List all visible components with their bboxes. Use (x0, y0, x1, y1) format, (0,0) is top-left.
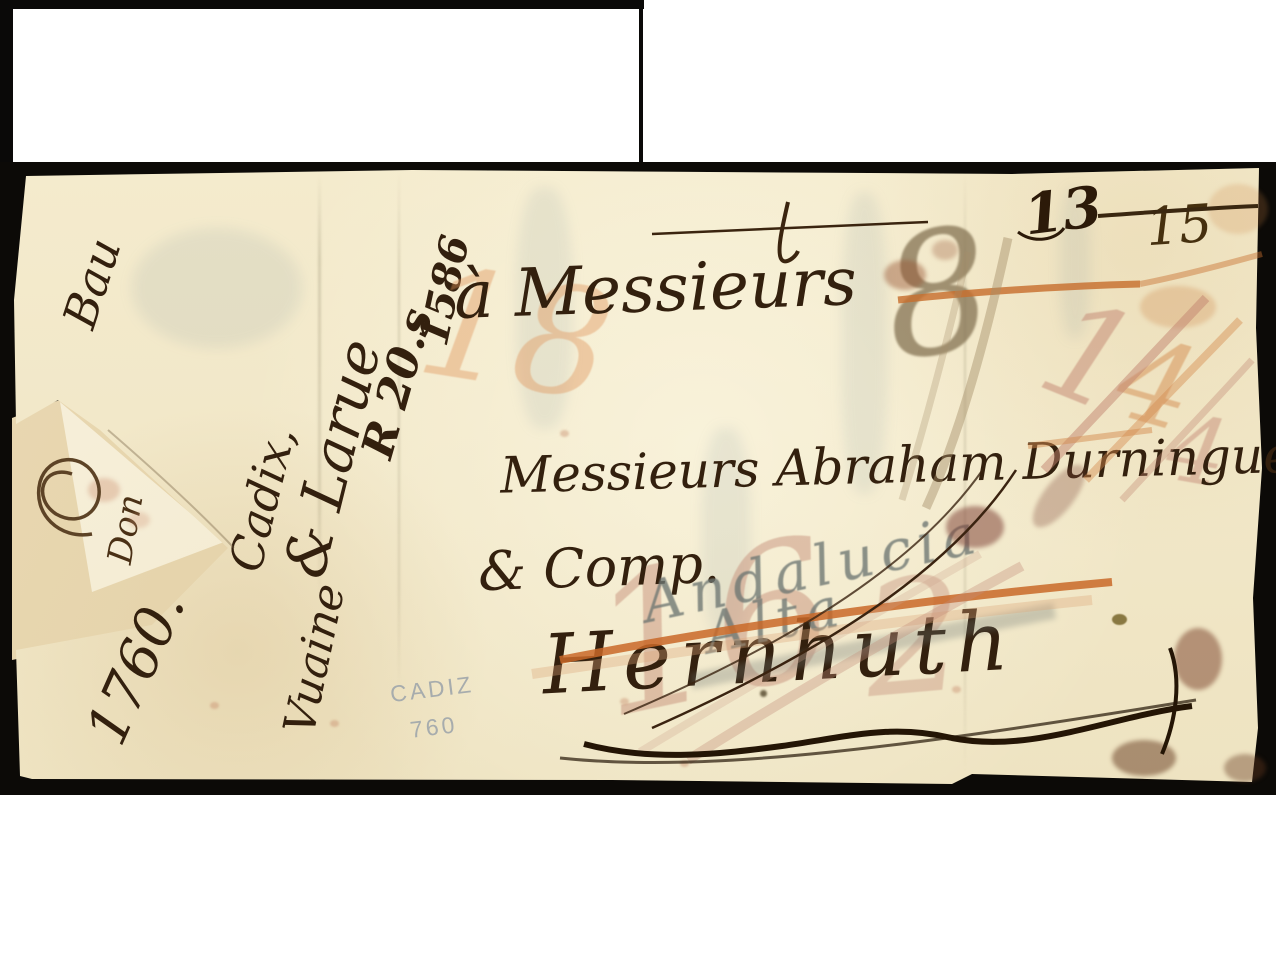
chalk-diagonal-dest-1 (688, 566, 1022, 760)
photo-of-1760-cadiz-letter: Bau Don Cadix, & Larue R 20.s 1586 1760.… (0, 0, 1276, 956)
rate-8-strike-orange (898, 284, 1140, 300)
faded-stroke-2 (902, 252, 968, 500)
rate-13-flourish (1018, 228, 1064, 239)
tally-t-stroke (780, 202, 798, 261)
ink-stroke-overlay (12, 168, 1264, 788)
crayon-line-through-comp (560, 582, 1112, 660)
chalk-horizontal (1028, 430, 1152, 446)
crayon-line-echo (532, 600, 1092, 674)
trailing-f-stroke (1162, 648, 1176, 754)
rate-15-strike (1098, 206, 1258, 216)
rate-8-strike-orange-tail (1140, 254, 1262, 284)
scan-artifact-left-strip (0, 0, 13, 163)
scan-artifact-vertical-line (639, 0, 643, 163)
scan-artifact-top-strip (0, 0, 644, 9)
letter-paper-group: Bau Don Cadix, & Larue R 20.s 1586 1760.… (12, 168, 1264, 788)
flap-fold-line (108, 430, 234, 548)
flap-spiral-mark (39, 460, 100, 535)
tally-bar-stroke (652, 222, 928, 234)
